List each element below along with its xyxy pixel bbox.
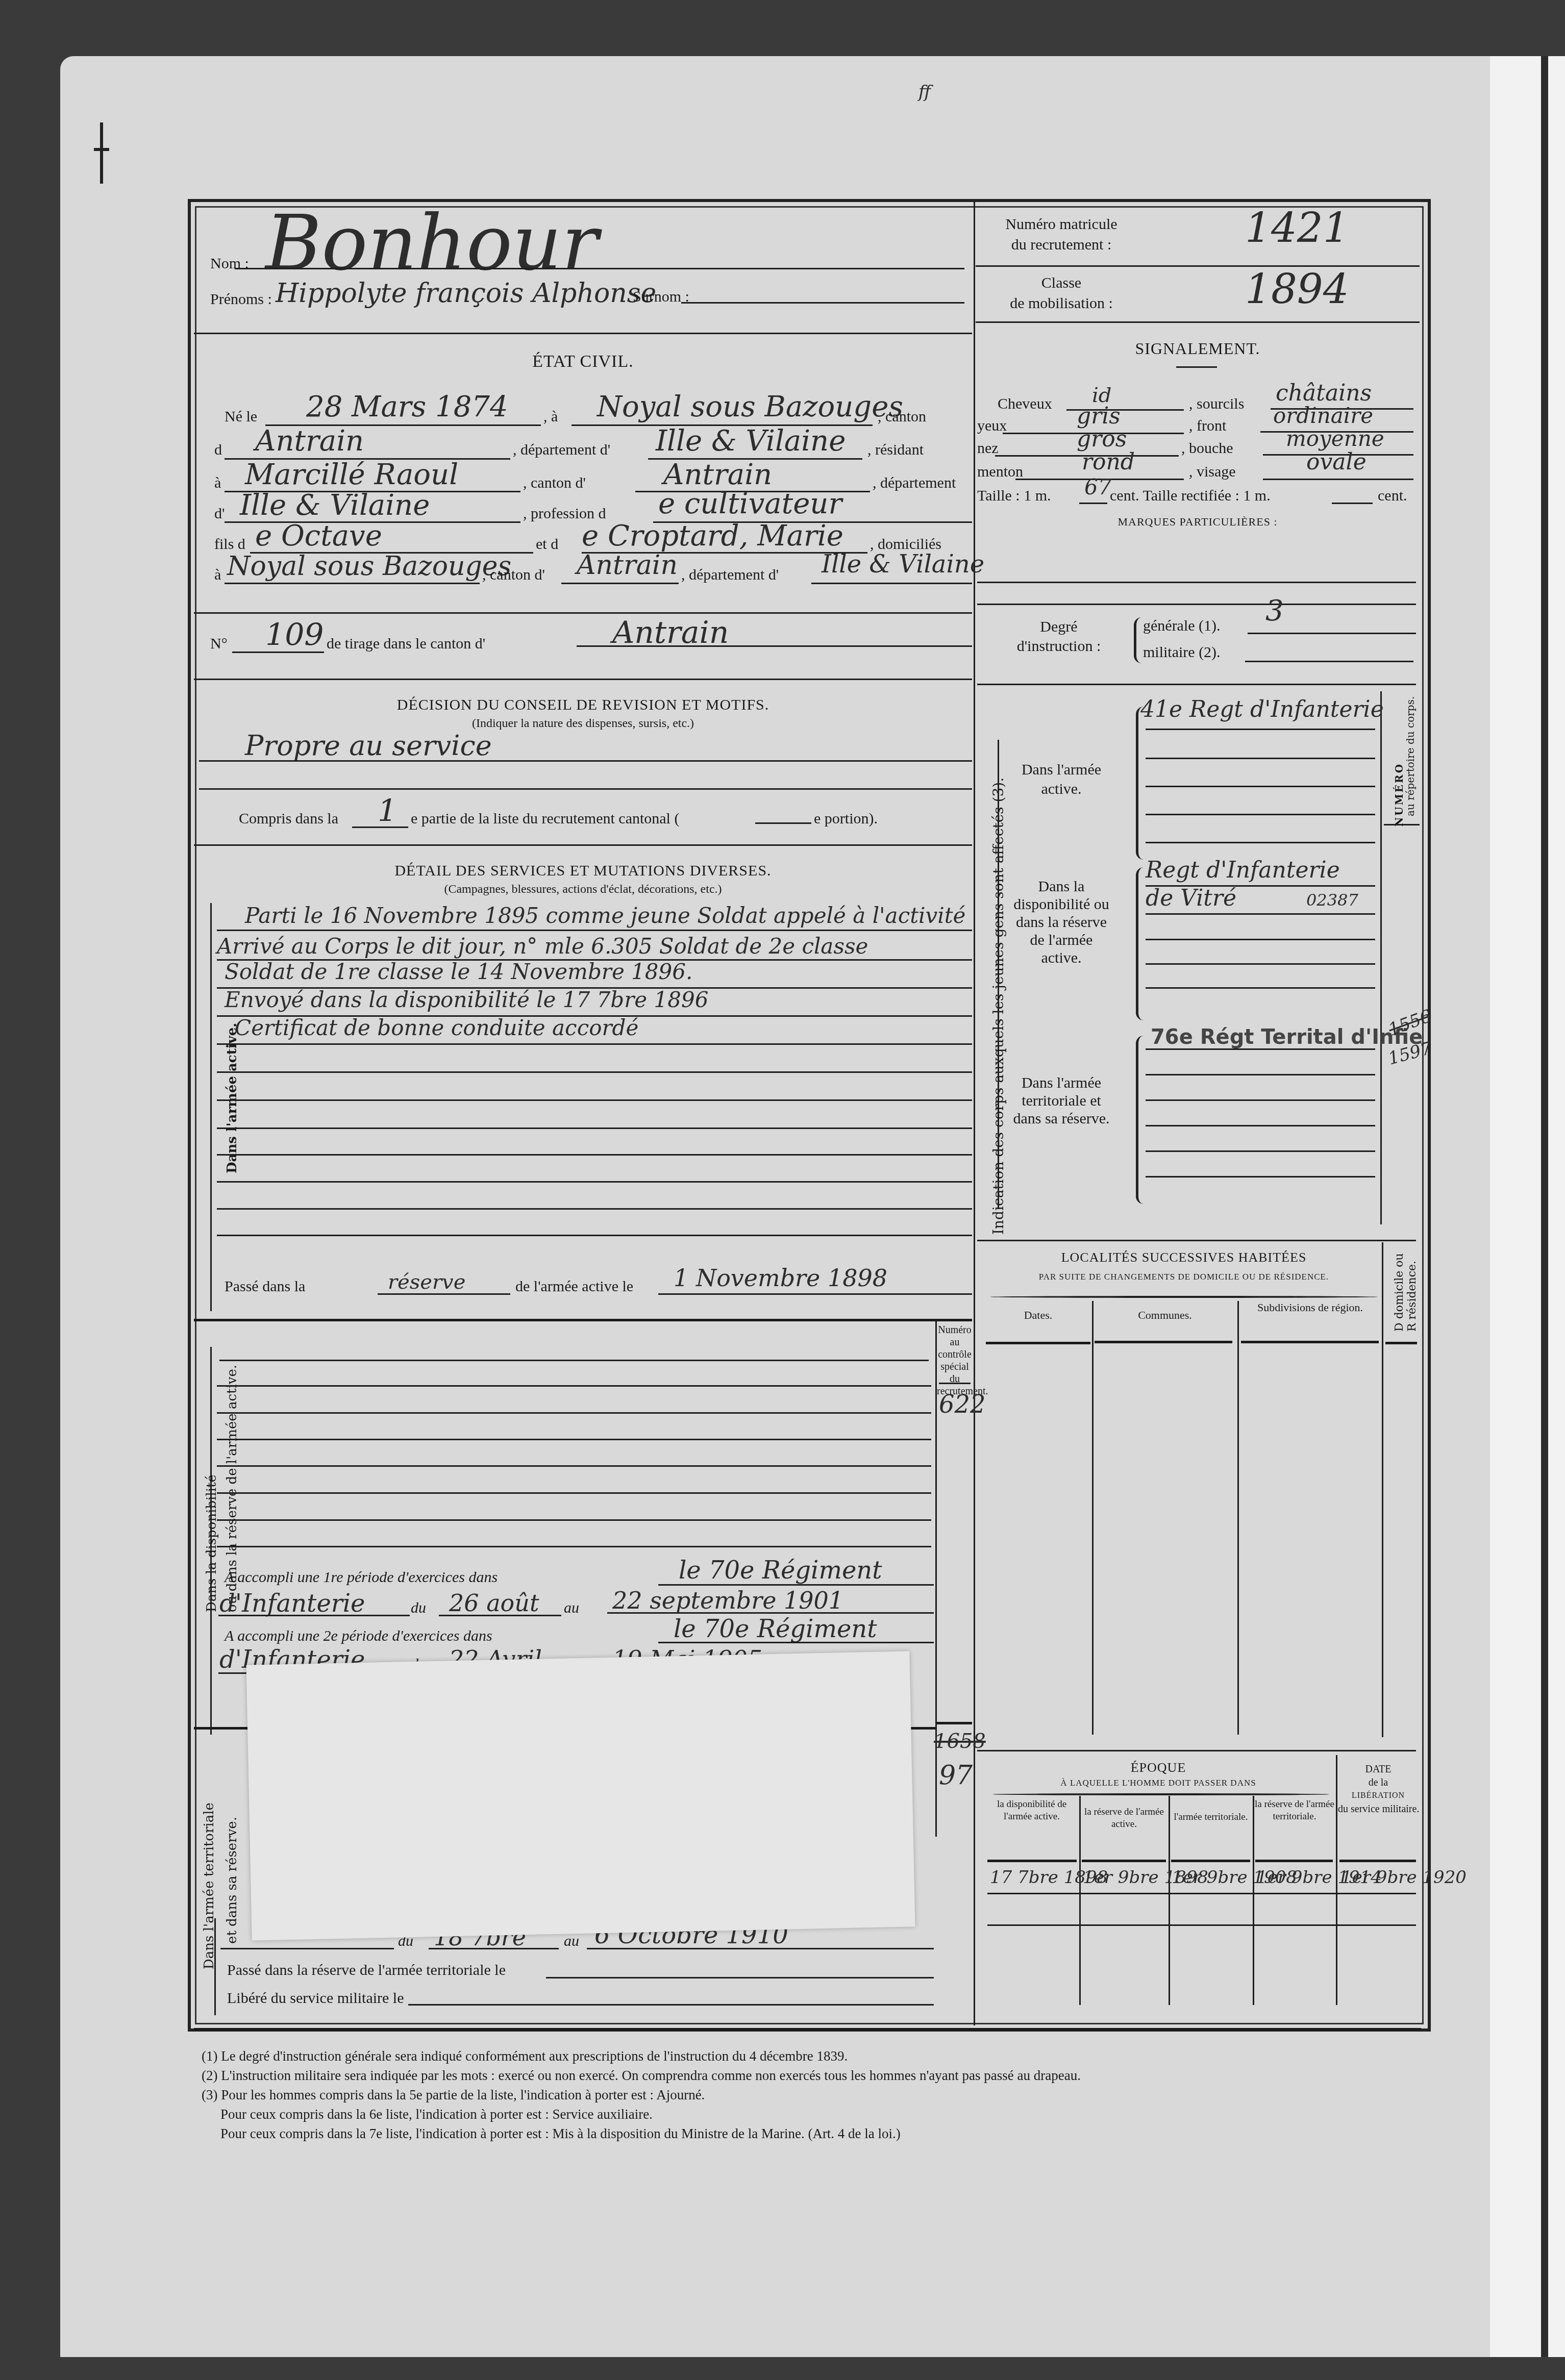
departement-label: , département d' [513, 441, 610, 459]
epoque-header-rule-3 [1171, 1860, 1250, 1862]
compris-line [352, 826, 408, 828]
corps-terr-brace [1136, 1036, 1144, 1204]
service-entry-2: Arrivé au Corps le dit jour, n° mle 6.30… [217, 934, 868, 959]
localites-col-dates: Dates. [986, 1309, 1090, 1322]
dispo-line-6 [217, 1492, 931, 1494]
footnote-2-num: (2) [202, 2068, 217, 2083]
canton-prefix: d [214, 441, 222, 459]
residence-value: Marcillé Raoul [245, 458, 458, 491]
passe-date-line [658, 1293, 972, 1295]
a-label: , à [543, 408, 558, 425]
nez-value: gros [1077, 426, 1127, 452]
residence-prefix: à [214, 474, 221, 492]
corps-dispo-line-3 [1146, 939, 1375, 940]
instruction-label-2: d'instruction : [1000, 637, 1117, 656]
instruction-label-1: Degré [1000, 617, 1117, 637]
tirage-number: 109 [265, 617, 324, 653]
terr-libere-line [408, 2004, 934, 2006]
periode1-du-line [439, 1615, 561, 1616]
classe-label-1: Classe [985, 273, 1138, 293]
instruction-generale-label: générale (1). [1143, 617, 1221, 635]
canton-label: , canton [878, 408, 926, 425]
dispo-line-2 [217, 1385, 931, 1387]
localites-title: LOCALITÉS SUCCESSIVES HABITÉES [985, 1250, 1383, 1265]
periode2-corps-line [658, 1642, 934, 1643]
canton3-line [561, 583, 679, 584]
services-bracket [210, 903, 212, 1311]
dispo-line-7 [217, 1519, 931, 1521]
taille-rect-cent: cent. [1378, 487, 1407, 505]
ne-le-label: Né le [225, 408, 257, 425]
date-naissance: 28 Mars 1874 [306, 390, 508, 423]
localites-col-communes: Communes. [1094, 1309, 1236, 1322]
periode1-label: A accompli une 1re période d'exercices d… [225, 1569, 498, 1586]
instruction-brace [1134, 617, 1141, 663]
visage-line [1263, 479, 1413, 480]
corps-terr-line-3 [1146, 1099, 1375, 1101]
periode1-corps: le 70e Régiment [679, 1556, 882, 1585]
nom-line [235, 268, 964, 269]
corps-active-line-1 [1146, 729, 1375, 730]
passe-label: Passé dans la [225, 1278, 305, 1295]
terr-passe-label: Passé dans la réserve de l'armée territo… [227, 1962, 506, 1979]
header-rule [194, 333, 972, 334]
periode1-au-label: au [564, 1599, 579, 1617]
classe-label-2: de mobilisation : [985, 293, 1138, 314]
periode1-corps-line [658, 1584, 934, 1586]
service-line-7 [217, 1099, 972, 1101]
compris-value: 1 [378, 793, 397, 829]
localites-subtitle: PAR SUITE DE CHANGEMENTS DE DOMICILE OU … [985, 1272, 1383, 1282]
instruction-rule [977, 684, 1416, 685]
corps-active-line-4 [1146, 814, 1375, 815]
service-line-1 [217, 930, 972, 931]
corps-dispo-line-5 [1146, 987, 1375, 989]
departement-naissance: Ille & Vilaine [656, 424, 846, 458]
residant-label: , résidant [867, 441, 924, 459]
dispo-side-label-1: Dans la disponibilité [204, 1474, 219, 1612]
service-line-12 [217, 1235, 972, 1236]
decision-line-2 [199, 788, 972, 790]
taille-label: Taille : 1 m. [977, 487, 1051, 505]
menton-value: rond [1082, 449, 1135, 475]
liberation-label-2: de la [1338, 1776, 1419, 1789]
liberation-label-4: du service militaire. [1338, 1802, 1419, 1816]
services-title: DÉTAIL DES SERVICES ET MUTATIONS DIVERSE… [194, 862, 972, 880]
taille-cent-label: cent. Taille rectifiée : 1 m. [1110, 487, 1271, 505]
localites-dr-rule [1385, 1342, 1417, 1344]
corps-active-label: Dans l'armée active. [1010, 760, 1112, 799]
departement3-label: , département d' [681, 566, 779, 584]
service-line-8 [217, 1128, 972, 1129]
dispo-line-1 [219, 1360, 929, 1361]
service-line-9 [217, 1154, 972, 1156]
footnote-1-num: (1) [202, 2048, 217, 2064]
periode1-au-line [607, 1612, 934, 1614]
corps-active-line-5 [1146, 842, 1375, 843]
tirage-rule [194, 679, 972, 680]
localites-header-rule-2 [1095, 1341, 1232, 1343]
epoque-col-1-label: la disponibilité de l'armée active. [986, 1798, 1078, 1823]
corps-active-line-3 [1146, 786, 1375, 787]
instruction-label: Degré d'instruction : [1000, 617, 1117, 656]
canton-naissance: Antrain [255, 424, 364, 458]
corps-numero-line [1384, 824, 1420, 825]
periode1-corps2-line [218, 1615, 410, 1616]
periode1-du: 26 août [449, 1589, 539, 1617]
periode1-au: 22 septembre 1901 [612, 1587, 843, 1614]
service-entry-4: Envoyé dans la disponibilité le 17 7bre … [225, 987, 708, 1012]
marques-line-1 [977, 582, 1416, 583]
footnote-4-text: Pour ceux compris dans la 6e liste, l'in… [220, 2107, 653, 2122]
corps-terr-line-5 [1146, 1150, 1375, 1152]
passe-label-2: de l'armée active le [515, 1278, 633, 1295]
domicile-line [225, 583, 480, 584]
surnom-line [681, 302, 964, 304]
corps-terr-line-4 [1146, 1125, 1375, 1126]
terr-libere-label: Libéré du service militaire le [227, 1990, 404, 2007]
nom-label: Nom : [210, 255, 249, 272]
dispo-line-4 [217, 1439, 931, 1440]
canton2-label: , canton d' [523, 474, 586, 492]
passe-date: 1 Novembre 1898 [674, 1264, 887, 1292]
localites-col-subdivisions: Subdivisions de région. [1240, 1301, 1380, 1314]
terr-line-blank [220, 1948, 394, 1949]
epoque-col-2-label: la réserve de l'armée active. [1081, 1806, 1167, 1831]
epoque-blank-line [987, 1924, 1416, 1926]
footnote-1-text: Le degré d'instruction générale sera ind… [221, 2048, 848, 2064]
localites-col-divider-2 [1237, 1301, 1239, 1735]
taille-value: 67 [1084, 474, 1111, 499]
corps-dispo-line-2 [1146, 913, 1375, 915]
service-line-10 [217, 1181, 972, 1183]
localites-side-label-2: R résidence. [1406, 1261, 1419, 1332]
decision-line-1 [199, 760, 972, 762]
et-label: et d [536, 536, 558, 553]
classe-rule [976, 321, 1420, 323]
etat-civil-title: ÉTAT CIVIL. [194, 352, 972, 371]
footnote-1: (1) Le degré d'instruction générale sera… [202, 2048, 848, 2064]
corps-numero-label-1: NUMÉRO [1393, 763, 1405, 826]
corps-terr-stamp: 76e Régt Territal d'Infie [1151, 1025, 1423, 1049]
corps-terr-label: Dans l'armée territoriale et dans sa rés… [1010, 1074, 1112, 1128]
footnote-2: (2) L'instruction militaire sera indiqué… [202, 2068, 1081, 2084]
decision-title: DÉCISION DU CONSEIL DE REVISION ET MOTIF… [194, 696, 972, 714]
marques-line-2 [977, 604, 1416, 605]
corps-active-brace [1136, 707, 1144, 860]
matricule-label: Numéro matricule du recrutement : [985, 214, 1138, 255]
terr-numero: 97 [939, 1760, 973, 1791]
service-entry-1: Parti le 16 Novembre 1895 comme jeune So… [245, 903, 965, 928]
liberation-value: 1er 9bre 1920 [1341, 1867, 1467, 1888]
footnote-3-num: (3) [202, 2087, 217, 2102]
numero-controle-line [939, 1383, 971, 1384]
passe-line [378, 1293, 510, 1295]
bouche-value: moyenne [1286, 426, 1384, 451]
corps-terr-line-1 [1146, 1048, 1375, 1050]
localites-dr-divider [1382, 1242, 1383, 1737]
visage-value: ovale [1306, 449, 1367, 475]
signalement-dash [1176, 366, 1217, 368]
decision-subtitle: (Indiquer la nature des dispenses, sursi… [194, 717, 972, 731]
localites-col-divider-1 [1092, 1301, 1094, 1735]
footnote-2-text: L'instruction militaire sera indiquée pa… [221, 2068, 1081, 2083]
cross-mark [100, 122, 103, 184]
epoque-col-4-label: la réserve de l'armée territoriale. [1254, 1798, 1335, 1823]
top-note: ff [918, 82, 931, 102]
matricule-label-2: du recrutement : [985, 235, 1138, 255]
localites-brace [990, 1296, 1378, 1298]
yeux-value: gris [1077, 403, 1121, 429]
footnotes-rule [194, 2028, 1421, 2031]
footnote-4: Pour ceux compris dans la 6e liste, l'in… [220, 2107, 653, 2122]
controle-divider [935, 1321, 937, 1837]
departement2-prefix: d' [214, 505, 225, 522]
epoque-col-divider-2 [1169, 1796, 1170, 2005]
terr-bracket [214, 1918, 216, 2015]
taille-line [1079, 503, 1107, 504]
periode1-du-label: du [411, 1599, 426, 1617]
matricule-value: 1421 [1245, 204, 1349, 252]
epoque-value-line [987, 1893, 1416, 1894]
service-line-11 [217, 1208, 972, 1210]
corps-numero-divider [1380, 691, 1382, 1224]
terr-passe-line [546, 1977, 934, 1978]
epoque-subtitle: À LAQUELLE L'HOMME DOIT PASSER DANS [985, 1778, 1332, 1788]
canton2-value: Antrain [663, 458, 772, 491]
service-line-5 [217, 1043, 972, 1045]
front-label: , front [1189, 417, 1226, 435]
corps-dispo-value-1: Regt d'Infanterie [1146, 857, 1340, 883]
visage-label: , visage [1189, 463, 1236, 481]
liberation-label-1: DATE [1338, 1763, 1419, 1776]
adjacent-page-edge [1490, 56, 1565, 2357]
services-side-label: Dans l'armée active. [225, 1023, 240, 1173]
instruction-generale-value: 3 [1265, 594, 1284, 628]
instruction-generale-line [1248, 633, 1416, 634]
footnote-3-text: Pour les hommes compris dans la 5e parti… [221, 2087, 705, 2102]
localites-rule [977, 1750, 1416, 1751]
compris-label-2: e partie de la liste du recrutement cant… [411, 810, 679, 828]
classe-label: Classe de mobilisation : [985, 273, 1138, 314]
epoque-header-rule-1 [987, 1860, 1077, 1862]
dispo-line-8 [217, 1546, 931, 1547]
corps-dispo-label: Dans la disponibilité ou dans la réserve… [1010, 878, 1112, 967]
prenoms-value: Hippolyte françois Alphonse [276, 278, 656, 309]
services-subtitle: (Campagnes, blessures, actions d'éclat, … [194, 883, 972, 896]
terr-side-label-2: et dans sa réserve. [225, 1817, 240, 1944]
departement3-line [811, 583, 972, 584]
menton-label: menton [977, 463, 1023, 481]
portion-line [755, 822, 811, 824]
epoque-brace [992, 1793, 1329, 1795]
footnote-5-text: Pour ceux compris dans la 7e liste, l'in… [220, 2126, 901, 2141]
footnote-5: Pour ceux compris dans la 7e liste, l'in… [220, 2126, 901, 2142]
taille-rect-line [1332, 503, 1373, 504]
marques-label: MARQUES PARTICULIÈRES : [976, 515, 1420, 529]
pere-value: e Octave [255, 519, 382, 553]
canton3-value: Antrain [577, 550, 678, 581]
epoque-col-divider-3 [1253, 1796, 1254, 2005]
footnote-3: (3) Pour les hommes compris dans la 5e p… [202, 2087, 705, 2103]
matricule-rule [976, 265, 1420, 267]
prenoms-label: Prénoms : [210, 291, 272, 308]
corps-dispo-brace [1136, 867, 1144, 1020]
etat-civil-rule [194, 612, 972, 614]
terr-au-label: au [564, 1933, 579, 1950]
canton3-label: , canton d' [482, 566, 545, 584]
nez-label: nez [977, 440, 999, 457]
terr-du-line [429, 1948, 559, 1949]
sourcils-label: , sourcils [1189, 395, 1244, 413]
instruction-militaire-line [1245, 661, 1413, 662]
front-value: ordinaire [1273, 403, 1373, 428]
corps-active-value: 41e Regt d'Infanterie [1140, 696, 1384, 722]
lieu-naissance: Noyal sous Bazouges [597, 390, 903, 423]
corps-side-bracket [998, 740, 999, 1209]
terr-au-line [587, 1948, 934, 1949]
departement3-value: Ille & Vilaine [822, 550, 984, 579]
tirage-no-line [232, 652, 324, 653]
localites-header-rule-3 [1241, 1341, 1379, 1343]
numero-controle-value: 622 [939, 1390, 986, 1419]
localites-side-label-1: D domicile ou [1393, 1253, 1406, 1332]
yeux-label: yeux [977, 417, 1007, 435]
epoque-col-3-label: l'armée territoriale. [1170, 1811, 1252, 1823]
nom-value: Bonhour [265, 199, 598, 288]
epoque-header-rule-4 [1255, 1860, 1333, 1862]
liberation-header-rule [1339, 1860, 1416, 1862]
corps-terr-line-2 [1146, 1074, 1375, 1075]
corps-numero-label-2: au répertoire du corps. [1404, 696, 1417, 816]
service-entry-3: Soldat de 1re classe le 14 Novembre 1896… [225, 959, 692, 984]
liberation-label-3: LIBÉRATION [1338, 1789, 1419, 1802]
corps-dispo-value-2: de Vitré [1146, 885, 1236, 911]
terr-numero-rule [936, 1722, 972, 1724]
classe-value: 1894 [1245, 265, 1349, 313]
mere-value: e Croptard, Marie [582, 519, 843, 553]
cheveux-label: Cheveux [998, 395, 1052, 413]
instruction-militaire-label: militaire (2). [1143, 644, 1221, 661]
domicile-value: Noyal sous Bazouges [227, 551, 511, 582]
localites-header-rule-1 [986, 1342, 1090, 1344]
sourcils-value: châtains [1276, 380, 1372, 406]
epoque-header-rule-2 [1082, 1860, 1166, 1862]
bouche-label: , bouche [1181, 440, 1233, 457]
passe-value: réserve [388, 1270, 465, 1294]
epoque-title: ÉPOQUE [985, 1760, 1332, 1775]
departement2-label: , département [873, 474, 956, 492]
tirage-no-label: N° [210, 635, 228, 653]
compris-label: Compris dans la [239, 810, 338, 828]
tirage-label: de tirage dans le canton d' [327, 635, 485, 653]
fils-label: fils d [214, 536, 245, 553]
tirage-line [577, 645, 972, 647]
domicile-prefix: à [214, 566, 221, 584]
numero-controle-label: Numéro au contrôle spécial du recrutemen… [937, 1324, 973, 1397]
book-spine [1541, 56, 1548, 2357]
periode2-label: A accompli une 2e période d'exercices da… [225, 1627, 492, 1645]
dispo-line-3 [217, 1412, 931, 1414]
liberation-label: DATE de la LIBÉRATION du service militai… [1338, 1763, 1419, 1816]
corps-dispo-line-4 [1146, 963, 1375, 965]
matricule-label-1: Numéro matricule [985, 214, 1138, 235]
services-rule [194, 1319, 972, 1321]
decision-value: Propre au service [245, 730, 492, 762]
paper-overlay [246, 1651, 915, 1940]
periode2-corps: le 70e Régiment [674, 1615, 877, 1643]
corps-active-line-2 [1146, 758, 1375, 759]
departement2-value: Ille & Vilaine [240, 489, 430, 522]
portion-label: e portion). [814, 810, 878, 828]
decision-rule [194, 844, 972, 846]
service-entry-5: Certificat de bonne conduite accordé [235, 1015, 638, 1040]
corps-dispo-numero: 02387 [1306, 890, 1358, 910]
corps-rule [977, 1240, 1416, 1241]
service-line-6 [217, 1071, 972, 1073]
dispo-line-5 [217, 1465, 931, 1467]
corps-terr-line-6 [1146, 1176, 1375, 1178]
signalement-title: SIGNALEMENT. [976, 339, 1420, 358]
profession-value: e cultivateur [658, 487, 842, 520]
periode1-corps2: d'Infanterie [219, 1589, 365, 1618]
